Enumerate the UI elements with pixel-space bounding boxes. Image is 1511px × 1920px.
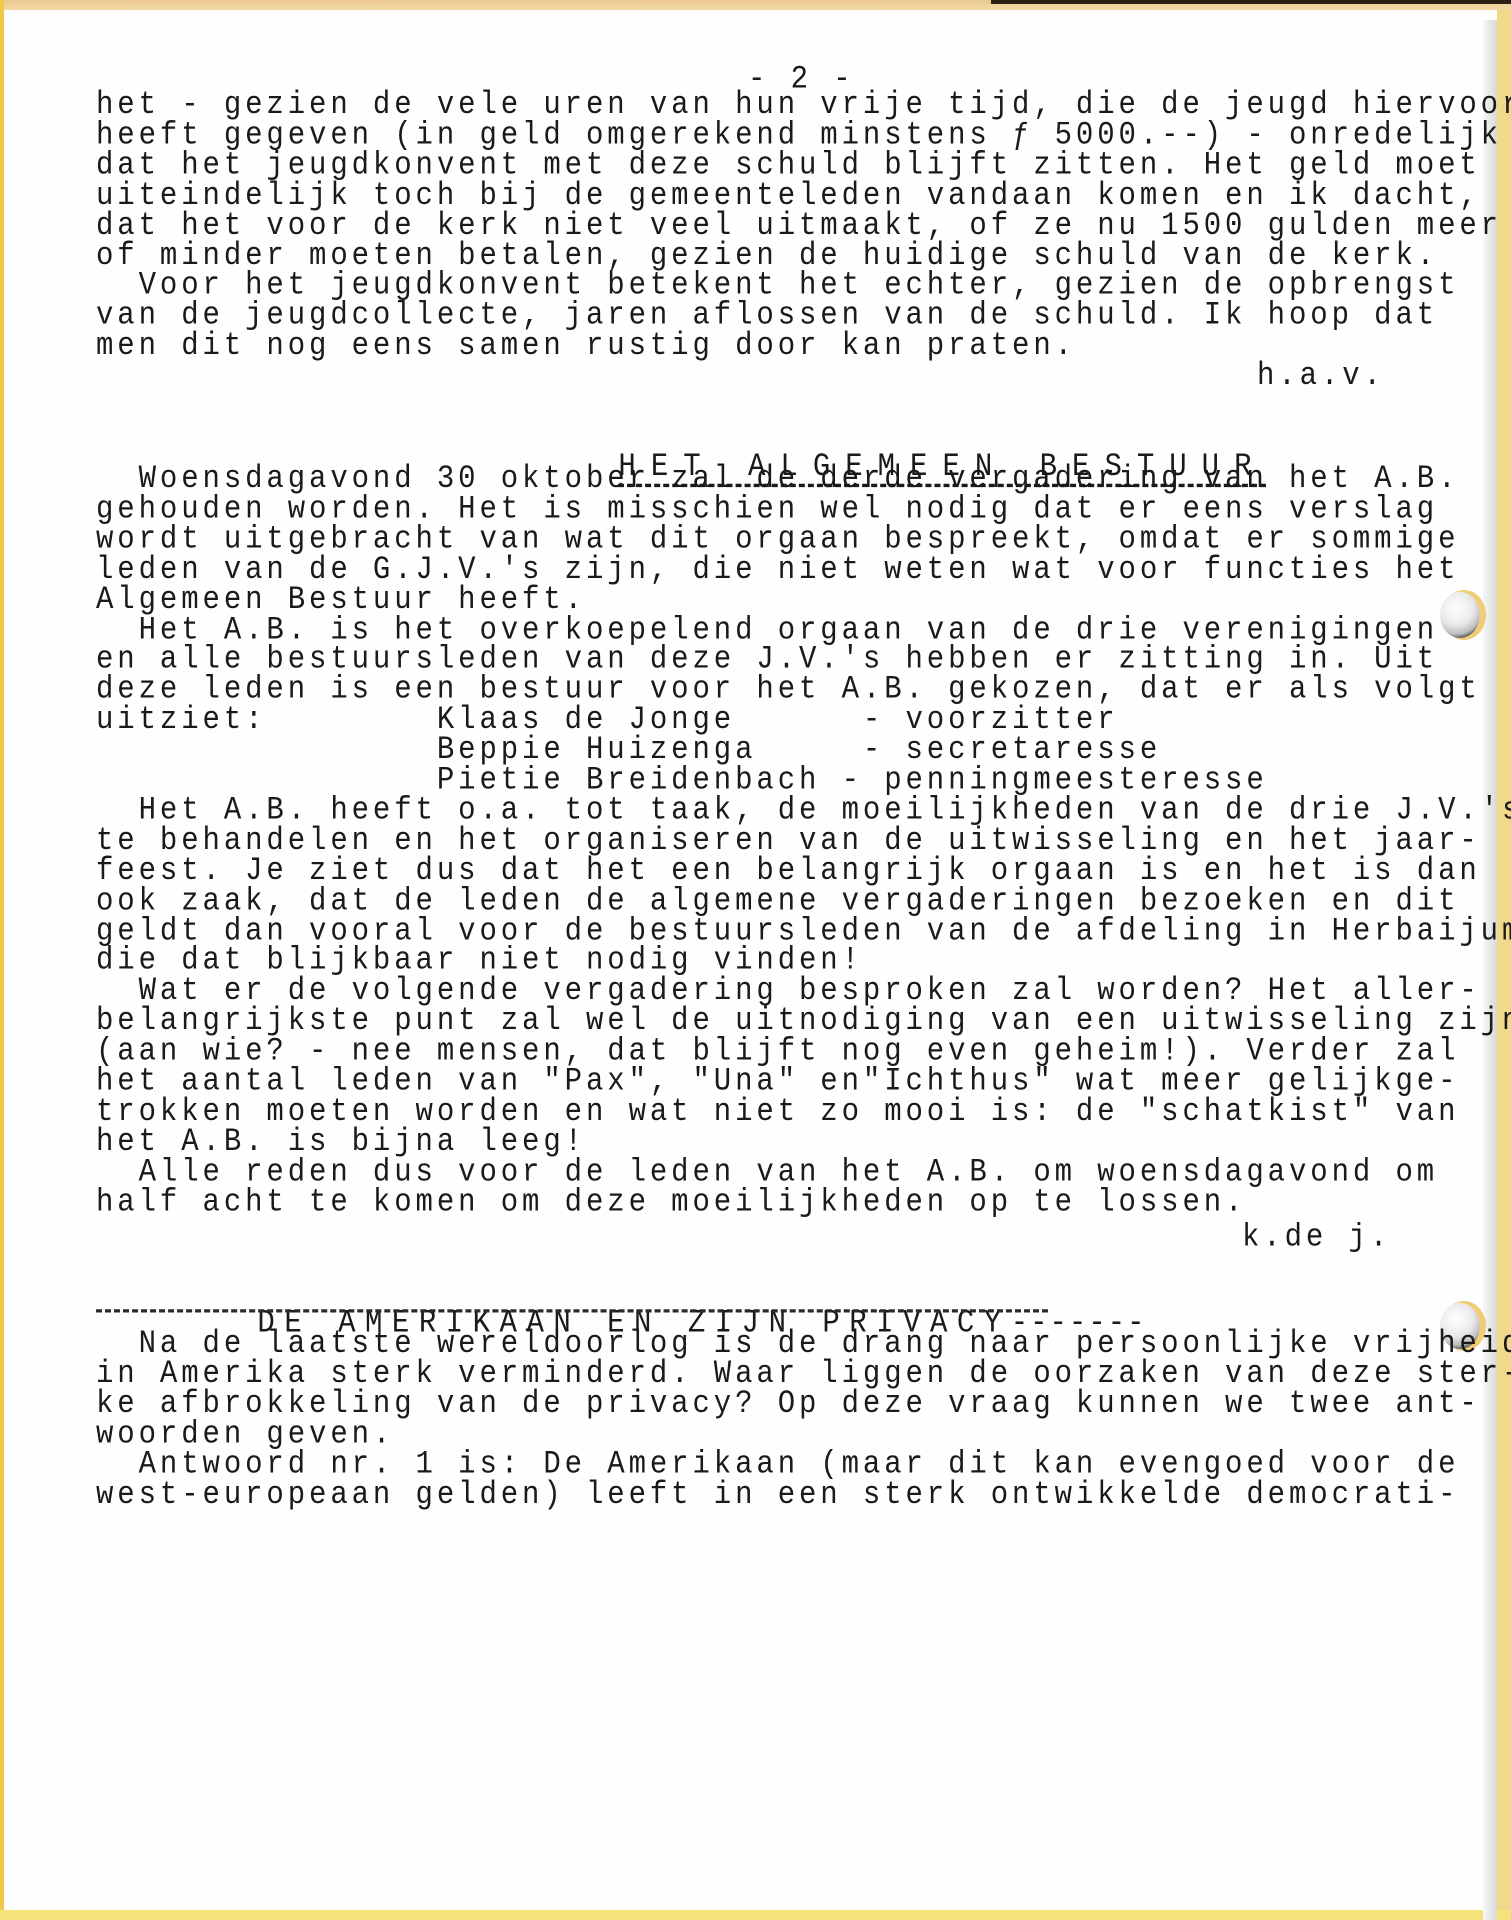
- text-line: men dit nog eens samen rustig door kan p…: [96, 327, 1076, 365]
- text-line: west-europeaan gelden) leeft in een ster…: [96, 1476, 1459, 1514]
- signature-hav: h.a.v.: [1257, 357, 1385, 395]
- text-line: half acht te komen om deze moeilijkheden…: [96, 1183, 1246, 1221]
- page-right-shadow: [1483, 20, 1497, 1920]
- signature-kdej: k.de j.: [1242, 1218, 1391, 1256]
- typewritten-page: - 2 - het - gezien de vele uren van hun …: [4, 10, 1497, 1910]
- heading-underline: [96, 1309, 1048, 1312]
- scan-top-edge: [0, 0, 1511, 10]
- punch-hole-icon: [1440, 592, 1480, 638]
- binder-bottom-edge: [0, 1910, 1511, 1920]
